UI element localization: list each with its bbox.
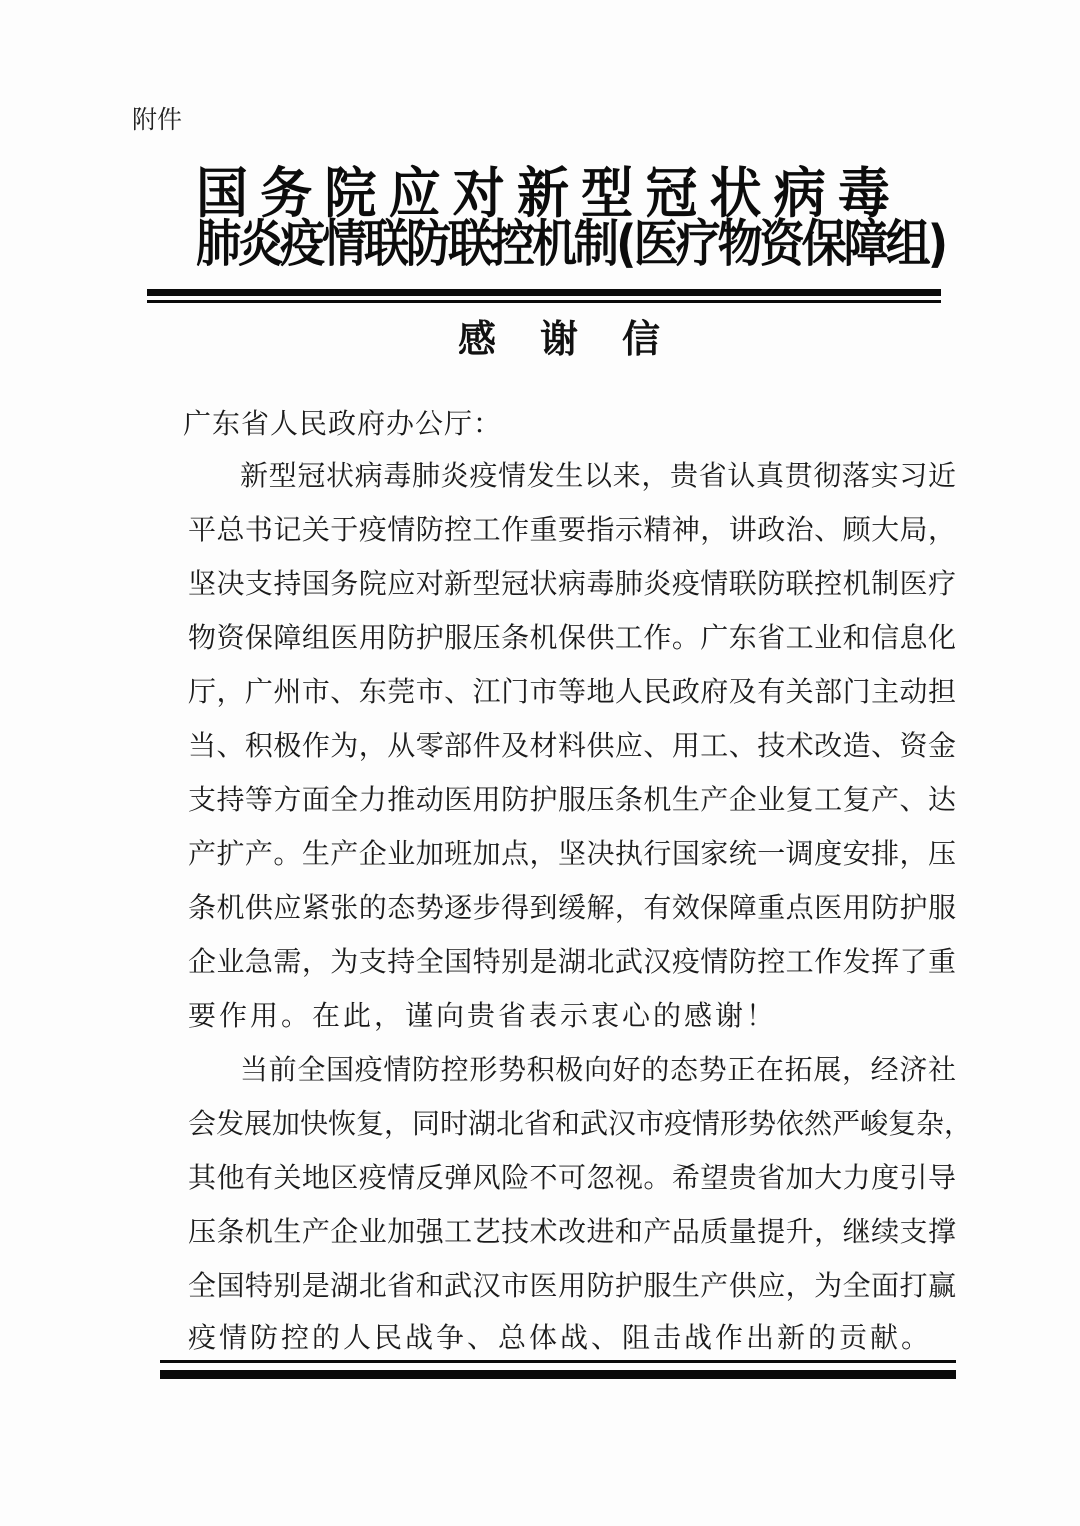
body-line: 其他有关地区疫情反弹风险不可忽视。希望贵省加大力度引导 bbox=[188, 1158, 956, 1198]
body-line: 条机供应紧张的态势逐步得到缓解，有效保障重点医用防护服 bbox=[188, 888, 956, 928]
body-line: 物资保障组医用防护服压条机保供工作。广东省工业和信息化 bbox=[188, 618, 956, 658]
body-line: 当、积极作为，从零部件及材料供应、用工、技术改造、资金 bbox=[188, 726, 956, 766]
footer-rule-thin bbox=[160, 1360, 956, 1363]
scanned-letter-page: 附件 国 务 院 应 对 新 型 冠 状 病 毒 肺炎疫情联防联控机制(医疗物资… bbox=[0, 0, 1080, 1526]
body-line: 疫情防控的人民战争、总体战、阻击战作出新的贡献。 bbox=[188, 1318, 956, 1358]
letter-title-char: 信 bbox=[622, 317, 660, 361]
body-line: 平总书记关于疫情防控工作重要指示精神，讲政治、顾大局， bbox=[188, 510, 956, 550]
letter-title-char: 谢 bbox=[540, 317, 578, 361]
issuer-title-line-2: 肺炎疫情联防联控机制(医疗物资保障组) bbox=[196, 215, 890, 273]
body-line: 全国特别是湖北省和武汉市医用防护服生产供应，为全面打赢 bbox=[188, 1266, 956, 1306]
body-line: 支持等方面全力推动医用防护服压条机生产企业复工复产、达 bbox=[188, 780, 956, 820]
attachment-label: 附件 bbox=[132, 100, 182, 136]
header-rule-thin bbox=[147, 300, 941, 303]
letter-title-char: 感 bbox=[458, 317, 496, 361]
body-line: 企业急需，为支持全国特别是湖北武汉疫情防控工作发挥了重 bbox=[188, 942, 956, 982]
body-line: 坚决支持国务院应对新型冠状病毒肺炎疫情联防联控机制医疗 bbox=[188, 564, 956, 604]
salutation: 广东省人民政府办公厅： bbox=[183, 404, 502, 444]
body-line: 当前全国疫情防控形势积极向好的态势正在拓展，经济社 bbox=[240, 1050, 956, 1090]
body-line: 会发展加快恢复，同时湖北省和武汉市疫情形势依然严峻复杂， bbox=[188, 1104, 956, 1144]
header-rule-thick bbox=[147, 289, 941, 296]
body-line: 厅，广州市、东莞市、江门市等地人民政府及有关部门主动担 bbox=[188, 672, 956, 712]
footer-rule-thick bbox=[160, 1370, 956, 1379]
body-line: 要作用。在此，谨向贵省表示衷心的感谢！ bbox=[188, 996, 956, 1036]
body-line: 新型冠状病毒肺炎疫情发生以来，贵省认真贯彻落实习近 bbox=[240, 456, 956, 496]
letter-title: 感谢信 bbox=[0, 308, 1080, 363]
body-line: 压条机生产企业加强工艺技术改进和产品质量提升，继续支撑 bbox=[188, 1212, 956, 1252]
body-line: 产扩产。生产企业加班加点，坚决执行国家统一调度安排，压 bbox=[188, 834, 956, 874]
